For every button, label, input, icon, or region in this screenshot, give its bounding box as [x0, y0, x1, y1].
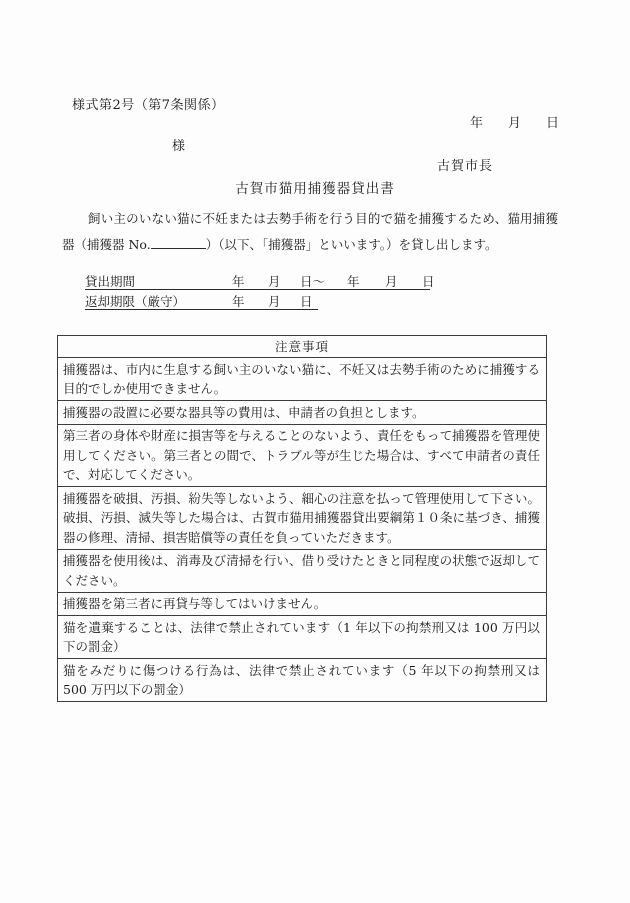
- note-item: 捕獲器の設置に必要な器具等の費用は、申請者の負担とします。: [58, 401, 547, 425]
- issuer-name: 古賀市長: [437, 155, 493, 174]
- loan-start-month-label: 月: [268, 272, 281, 290]
- return-year-label: 年: [232, 292, 245, 310]
- loan-end-year-label: 年: [347, 272, 360, 290]
- note-item: 第三者の身体や財産に損害等を与えることのないよう、責任をもって捕獲器を管理使用し…: [58, 424, 547, 487]
- form-number: 様式第2号（第7条関係）: [72, 94, 225, 113]
- note-item: 捕獲器を第三者に再貸与等してはいけません。: [58, 592, 547, 616]
- loan-period-line: 貸出期間 年 月 日～ 年 月 日: [85, 271, 430, 290]
- note-item: 捕獲器は、市内に生息する飼い主のいない猫に、不妊又は去勢手術のために捕獲する目的…: [58, 358, 547, 401]
- issue-date-day-label: 日: [546, 112, 559, 131]
- document-title: 古賀市猫用捕獲器貸出書: [0, 177, 630, 197]
- note-item: 猫を遺棄することは、法律で禁止されています（1 年以下の拘禁刑又は 100 万円…: [58, 616, 547, 659]
- issue-date-month-label: 月: [508, 112, 521, 131]
- note-row: 捕獲器は、市内に生息する飼い主のいない猫に、不妊又は去勢手術のために捕獲する目的…: [58, 358, 547, 401]
- document-page: 様式第2号（第7条関係） 年 月 日 様 古賀市長 古賀市猫用捕獲器貸出書 飼い…: [0, 0, 630, 903]
- loan-start-year-label: 年: [232, 272, 245, 290]
- loan-end-month-label: 月: [385, 272, 398, 290]
- return-day-label: 日: [300, 292, 313, 310]
- return-deadline-line: 返却期限（厳守） 年 月 日: [85, 291, 318, 310]
- return-deadline-label: 返却期限（厳守）: [85, 292, 185, 310]
- return-month-label: 月: [268, 292, 281, 310]
- notes-header: 注意事項: [58, 336, 547, 358]
- note-row: 捕獲器を使用後は、消毒及び清掃を行い、借り受けたときと同程度の状態で返却してくだ…: [58, 549, 547, 592]
- note-row: 捕獲器を第三者に再貸与等してはいけません。: [58, 592, 547, 616]
- issue-date-year-label: 年: [470, 112, 483, 131]
- loan-period-label: 貸出期間: [85, 272, 135, 290]
- note-item: 猫をみだりに傷つける行為は、法律で禁止されています（5 年以下の拘禁刑又は 50…: [58, 659, 547, 702]
- note-row: 捕獲器の設置に必要な器具等の費用は、申請者の負担とします。: [58, 401, 547, 425]
- loan-start-day-label: 日～: [300, 272, 325, 290]
- recipient-suffix: 様: [172, 135, 185, 154]
- trap-number-blank: [151, 236, 206, 249]
- loan-end-day-label: 日: [422, 272, 435, 290]
- notes-table: 注意事項 捕獲器は、市内に生息する飼い主のいない猫に、不妊又は去勢手術のために捕…: [57, 335, 547, 702]
- issue-date-line: 年 月 日: [462, 112, 562, 130]
- note-row: 第三者の身体や財産に損害等を与えることのないよう、責任をもって捕獲器を管理使用し…: [58, 424, 547, 487]
- notes-header-row: 注意事項: [58, 336, 547, 358]
- body-text-after-blank: ）（以下、「捕獲器」といいます。）を貸し出します。: [206, 237, 498, 252]
- note-row: 猫をみだりに傷つける行為は、法律で禁止されています（5 年以下の拘禁刑又は 50…: [58, 659, 547, 702]
- note-row: 捕獲器を破損、汚損、紛失等しないよう、細心の注意を払って管理使用して下さい。破損…: [58, 487, 547, 550]
- body-paragraph: 飼い主のいない猫に不妊または去勢手術を行う目的で猫を捕獲するため、猫用捕獲器（捕…: [62, 206, 558, 258]
- note-item: 捕獲器を破損、汚損、紛失等しないよう、細心の注意を払って管理使用して下さい。破損…: [58, 487, 547, 550]
- note-item: 捕獲器を使用後は、消毒及び清掃を行い、借り受けたときと同程度の状態で返却してくだ…: [58, 549, 547, 592]
- note-row: 猫を遺棄することは、法律で禁止されています（1 年以下の拘禁刑又は 100 万円…: [58, 616, 547, 659]
